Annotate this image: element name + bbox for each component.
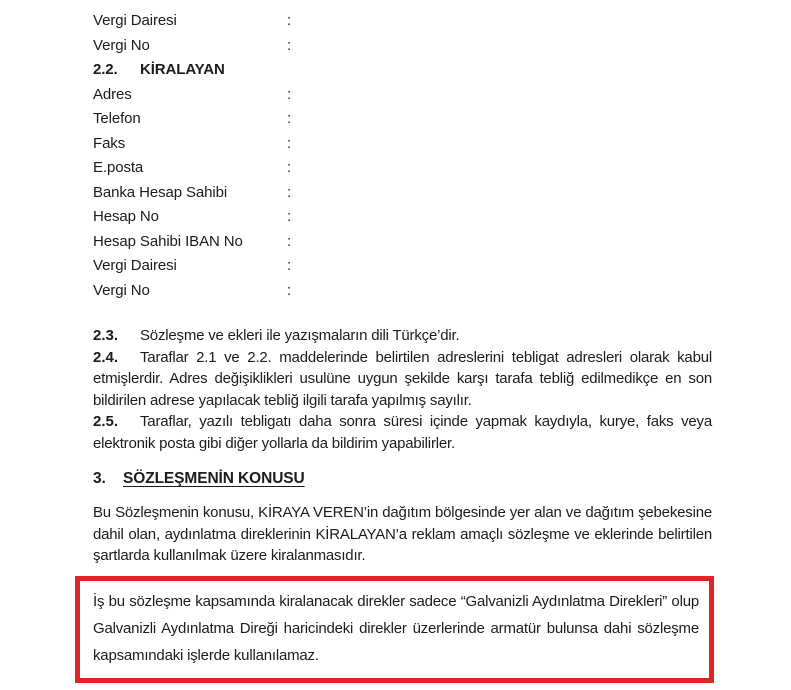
- field-label: Vergi No: [93, 34, 287, 59]
- field-label: Telefon: [93, 107, 287, 132]
- field-label: E.posta: [93, 156, 287, 181]
- clause-number: 2.4.: [93, 347, 140, 369]
- field-row: E.posta:: [93, 156, 712, 181]
- field-colon: :: [287, 34, 291, 59]
- clause-number: 2.3.: [93, 325, 140, 347]
- field-row: Vergi Dairesi:: [93, 254, 712, 279]
- highlight-box: İş bu sözleşme kapsamında kiralanacak di…: [75, 576, 714, 683]
- field-label: Banka Hesap Sahibi: [93, 181, 287, 206]
- section-2-2-heading: 2.2.KİRALAYAN: [93, 58, 712, 83]
- field-colon: :: [287, 83, 291, 108]
- field-colon: :: [287, 181, 291, 206]
- field-label: Vergi Dairesi: [93, 9, 287, 34]
- field-row: Hesap No:: [93, 205, 712, 230]
- field-row: Hesap Sahibi IBAN No:: [93, 230, 712, 255]
- field-label: Faks: [93, 132, 287, 157]
- field-row: Vergi No:: [93, 279, 712, 304]
- field-colon: :: [287, 279, 291, 304]
- field-label: Vergi Dairesi: [93, 254, 287, 279]
- document-content: Vergi Dairesi: Vergi No: 2.2.KİRALAYAN A…: [93, 0, 712, 683]
- clause-2-4: 2.4.Taraflar 2.1 ve 2.2. maddelerinde be…: [93, 347, 712, 412]
- field-row: Adres:: [93, 83, 712, 108]
- field-row: Faks:: [93, 132, 712, 157]
- section-number: 2.2.: [93, 58, 140, 83]
- field-colon: :: [287, 254, 291, 279]
- section-title: KİRALAYAN: [140, 61, 225, 78]
- section-number: 3.: [93, 468, 123, 490]
- field-label: Hesap No: [93, 205, 287, 230]
- field-label: Hesap Sahibi IBAN No: [93, 230, 287, 255]
- clause-2-5: 2.5.Taraflar, yazılı tebligatı daha sonr…: [93, 411, 712, 454]
- field-row: Telefon:: [93, 107, 712, 132]
- section-3-heading: 3.SÖZLEŞMENİN KONUSU: [93, 468, 712, 490]
- section-title: SÖZLEŞMENİN KONUSU: [123, 470, 305, 487]
- clause-text: Taraflar 2.1 ve 2.2. maddelerinde belirt…: [93, 349, 712, 409]
- clauses-block: 2.3.Sözleşme ve ekleri ile yazışmaların …: [93, 325, 712, 454]
- highlight-text: İş bu sözleşme kapsamında kiralanacak di…: [93, 588, 699, 669]
- clause-number: 2.5.: [93, 411, 140, 433]
- field-row: Vergi Dairesi:: [93, 9, 712, 34]
- field-row: Banka Hesap Sahibi:: [93, 181, 712, 206]
- clause-text: Sözleşme ve ekleri ile yazışmaların dili…: [140, 327, 459, 344]
- field-colon: :: [287, 9, 291, 34]
- clause-text: Taraflar, yazılı tebligatı daha sonra sü…: [93, 413, 712, 452]
- section-3-paragraph: Bu Sözleşmenin konusu, KİRAYA VEREN’in d…: [93, 502, 712, 567]
- field-colon: :: [287, 230, 291, 255]
- field-colon: :: [287, 107, 291, 132]
- field-row: Vergi No:: [93, 34, 712, 59]
- clause-2-3: 2.3.Sözleşme ve ekleri ile yazışmaların …: [93, 325, 712, 347]
- field-colon: :: [287, 205, 291, 230]
- document-page: Vergi Dairesi: Vergi No: 2.2.KİRALAYAN A…: [0, 0, 791, 690]
- field-label: Vergi No: [93, 279, 287, 304]
- field-label: Adres: [93, 83, 287, 108]
- field-colon: :: [287, 156, 291, 181]
- field-colon: :: [287, 132, 291, 157]
